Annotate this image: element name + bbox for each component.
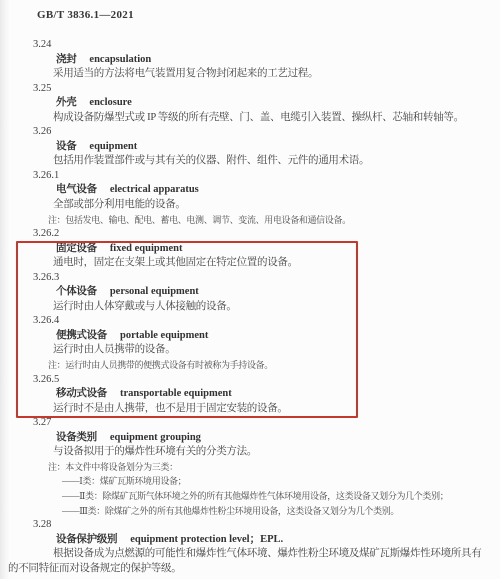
list-item: ——Ⅱ类：除煤矿瓦斯气体环境之外的所有其他爆炸性气体环境用设备，这类设备又划分为… — [0, 489, 500, 504]
term-line: 设备保护级别equipment protection level；EPL. — [0, 533, 500, 548]
term-english: electrical apparatus — [110, 184, 199, 195]
section-number: 3.28 — [0, 518, 500, 533]
definition-line: 构成设备防爆型式或 IP 等级的所有壳壁、门、盖、电缆引入装置、操纵杆、芯轴和转… — [0, 111, 500, 126]
term-english: personal equipment — [110, 286, 199, 297]
definition-line: 全部或部分利用电能的设备。 — [0, 198, 500, 213]
document-code-header: GB/T 3836.1—2021 — [37, 9, 134, 21]
term-line: 固定设备fixed equipment — [0, 242, 500, 257]
section-number: 3.26 — [0, 125, 500, 140]
page-background: GB/T 3836.1—2021 3.24 浇封encapsulation 采用… — [0, 0, 500, 579]
term-english: portable equipment — [120, 330, 208, 341]
list-item: ——Ⅲ类：除煤矿之外的所有其他爆炸性粉尘环境用设备，这类设备又划分为几个类别。 — [0, 504, 500, 519]
term-chinese: 便携式设备 — [56, 330, 107, 341]
term-line: 设备类别equipment grouping — [0, 431, 500, 446]
term-chinese: 设备类别 — [56, 432, 97, 443]
definition-line-continued: 的不同特征而对设备规定的保护等级。 — [0, 562, 500, 577]
term-chinese: 设备保护级别 — [56, 534, 117, 545]
list-item: ——Ⅰ类：煤矿瓦斯环境用设备； — [0, 474, 500, 489]
term-english: equipment — [89, 141, 137, 152]
section-number: 3.26.1 — [0, 169, 500, 184]
term-chinese: 设备 — [56, 141, 76, 152]
term-english: equipment protection level；EPL. — [130, 534, 283, 545]
term-english: encapsulation — [89, 54, 151, 65]
section-number: 3.27 — [0, 416, 500, 431]
definition-line: 根据设备成为点燃源的可能性和爆炸性气体环境、爆炸性粉尘环境及煤矿瓦斯爆炸性环境所… — [0, 547, 500, 562]
note-line: 注：包括发电、输电、配电、蓄电、电测、调节、变流、用电设备和通信设备。 — [0, 213, 500, 228]
term-chinese: 个体设备 — [56, 286, 97, 297]
term-line: 移动式设备transportable equipment — [0, 387, 500, 402]
terms-content: 3.24 浇封encapsulation 采用适当的方法将电气装置用复合物封闭起… — [0, 38, 500, 576]
section-number: 3.26.2 — [0, 227, 500, 242]
section-number: 3.26.4 — [0, 314, 500, 329]
term-chinese: 浇封 — [56, 54, 76, 65]
term-line: 外壳enclosure — [0, 96, 500, 111]
definition-line: 与设备拟用于的爆炸性环境有关的分类方法。 — [0, 445, 500, 460]
section-number: 3.25 — [0, 82, 500, 97]
document-page: { "header": { "doc_code": "GB/T 3836.1—2… — [0, 0, 500, 579]
term-english: fixed equipment — [110, 243, 183, 254]
section-number: 3.24 — [0, 38, 500, 53]
definition-line: 运行时由人员携带的设备。 — [0, 343, 500, 358]
definition-line: 包括用作装置部件或与其有关的仪器、附件、组件、元件的通用术语。 — [0, 154, 500, 169]
term-chinese: 移动式设备 — [56, 388, 107, 399]
note-line: 注：运行时由人员携带的便携式设备有时被称为手持设备。 — [0, 358, 500, 373]
term-chinese: 固定设备 — [56, 243, 97, 254]
term-line: 浇封encapsulation — [0, 53, 500, 68]
term-english: transportable equipment — [120, 388, 232, 399]
definition-line: 采用适当的方法将电气装置用复合物封闭起来的工艺过程。 — [0, 67, 500, 82]
term-line: 电气设备electrical apparatus — [0, 183, 500, 198]
definition-line: 运行时由人体穿戴或与人体接触的设备。 — [0, 300, 500, 315]
term-line: 便携式设备portable equipment — [0, 329, 500, 344]
term-line: 个体设备personal equipment — [0, 285, 500, 300]
definition-line: 运行时不是由人携带，也不是用于固定安装的设备。 — [0, 402, 500, 417]
definition-line: 通电时，固定在支架上或其他固定在特定位置的设备。 — [0, 256, 500, 271]
note-line: 注：本文件中将设备划分为三类： — [0, 460, 500, 475]
term-chinese: 电气设备 — [56, 184, 97, 195]
term-line: 设备equipment — [0, 140, 500, 155]
term-english: enclosure — [89, 97, 131, 108]
term-chinese: 外壳 — [56, 97, 76, 108]
term-english: equipment grouping — [110, 432, 201, 443]
section-number: 3.26.5 — [0, 373, 500, 388]
section-number: 3.26.3 — [0, 271, 500, 286]
